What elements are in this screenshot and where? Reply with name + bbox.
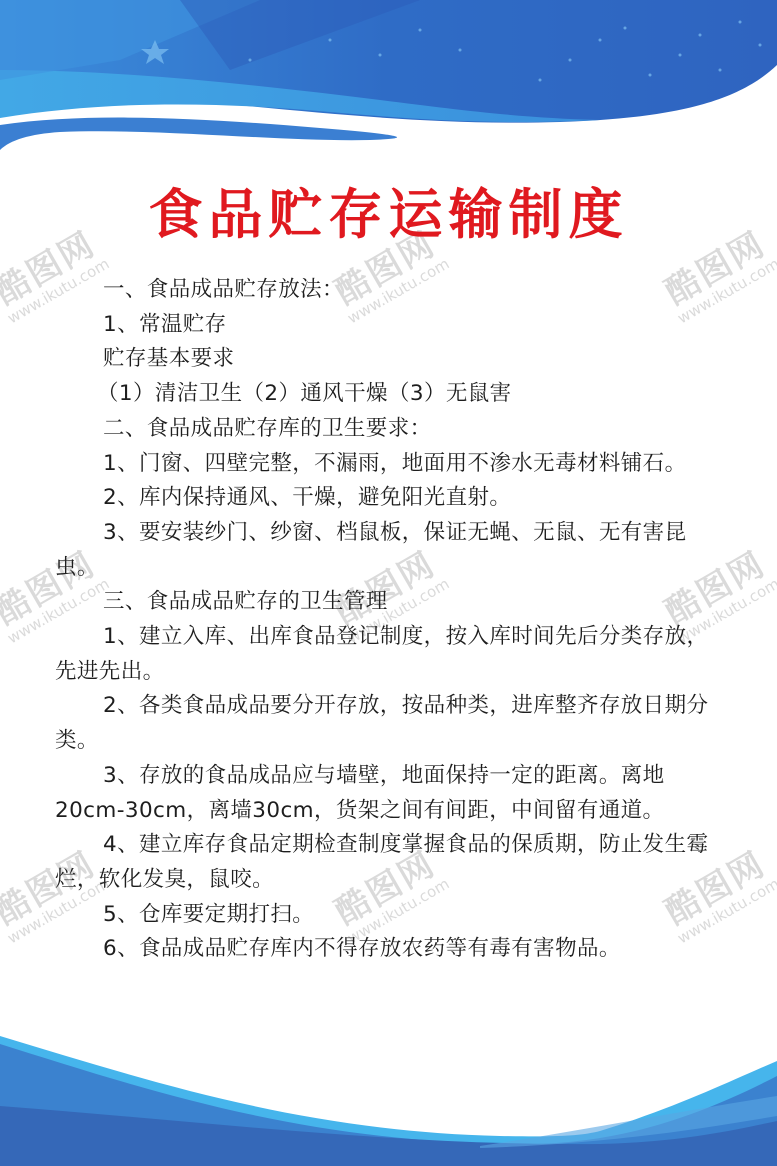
section-heading-1: 一、食品成品贮存放法： [55, 273, 725, 308]
subheading-room-temp: 1、常温贮存 [55, 308, 725, 343]
policy-body: 一、食品成品贮存放法： 1、常温贮存 贮存基本要求 （1）清洁卫生（2）通风干燥… [55, 273, 725, 967]
header-wave-decoration [0, 0, 777, 160]
policy-item: 3、存放的食品成品应与墙壁，地面保持一定的距离。离地20cm-30cm，离墙30… [55, 759, 725, 828]
policy-item: 5、仓库要定期打扫。 [55, 898, 725, 933]
policy-item: 2、各类食品成品要分开存放，按品种类，进库整齐存放日期分类。 [55, 689, 725, 758]
section-heading-3: 三、食品成品贮存的卫生管理 [55, 585, 725, 620]
section-heading-2: 二、食品成品贮存库的卫生要求： [55, 412, 725, 447]
policy-item: 1、建立入库、出库食品登记制度，按入库时间先后分类存放，先进先出。 [55, 620, 725, 689]
requirements-list: （1）清洁卫生（2）通风干燥（3）无鼠害 [49, 377, 725, 412]
policy-item: 4、建立库存食品定期检查制度掌握食品的保质期，防止发生霉烂，软化发臭，鼠咬。 [55, 828, 725, 897]
policy-item: 2、库内保持通风、干燥，避免阳光直射。 [55, 481, 725, 516]
policy-item: 6、食品成品贮存库内不得存放农药等有毒有害物品。 [55, 932, 725, 967]
subheading-basic-requirements: 贮存基本要求 [55, 342, 725, 377]
footer-wave-decoration [0, 1036, 777, 1166]
policy-item: 1、门窗、四壁完整，不漏雨，地面用不渗水无毒材料铺石。 [55, 447, 725, 482]
poster-title: 食品贮存运输制度 [0, 172, 777, 249]
policy-item: 3、要安装纱门、纱窗、档鼠板，保证无蝇、无鼠、无有害昆虫。 [55, 516, 725, 585]
